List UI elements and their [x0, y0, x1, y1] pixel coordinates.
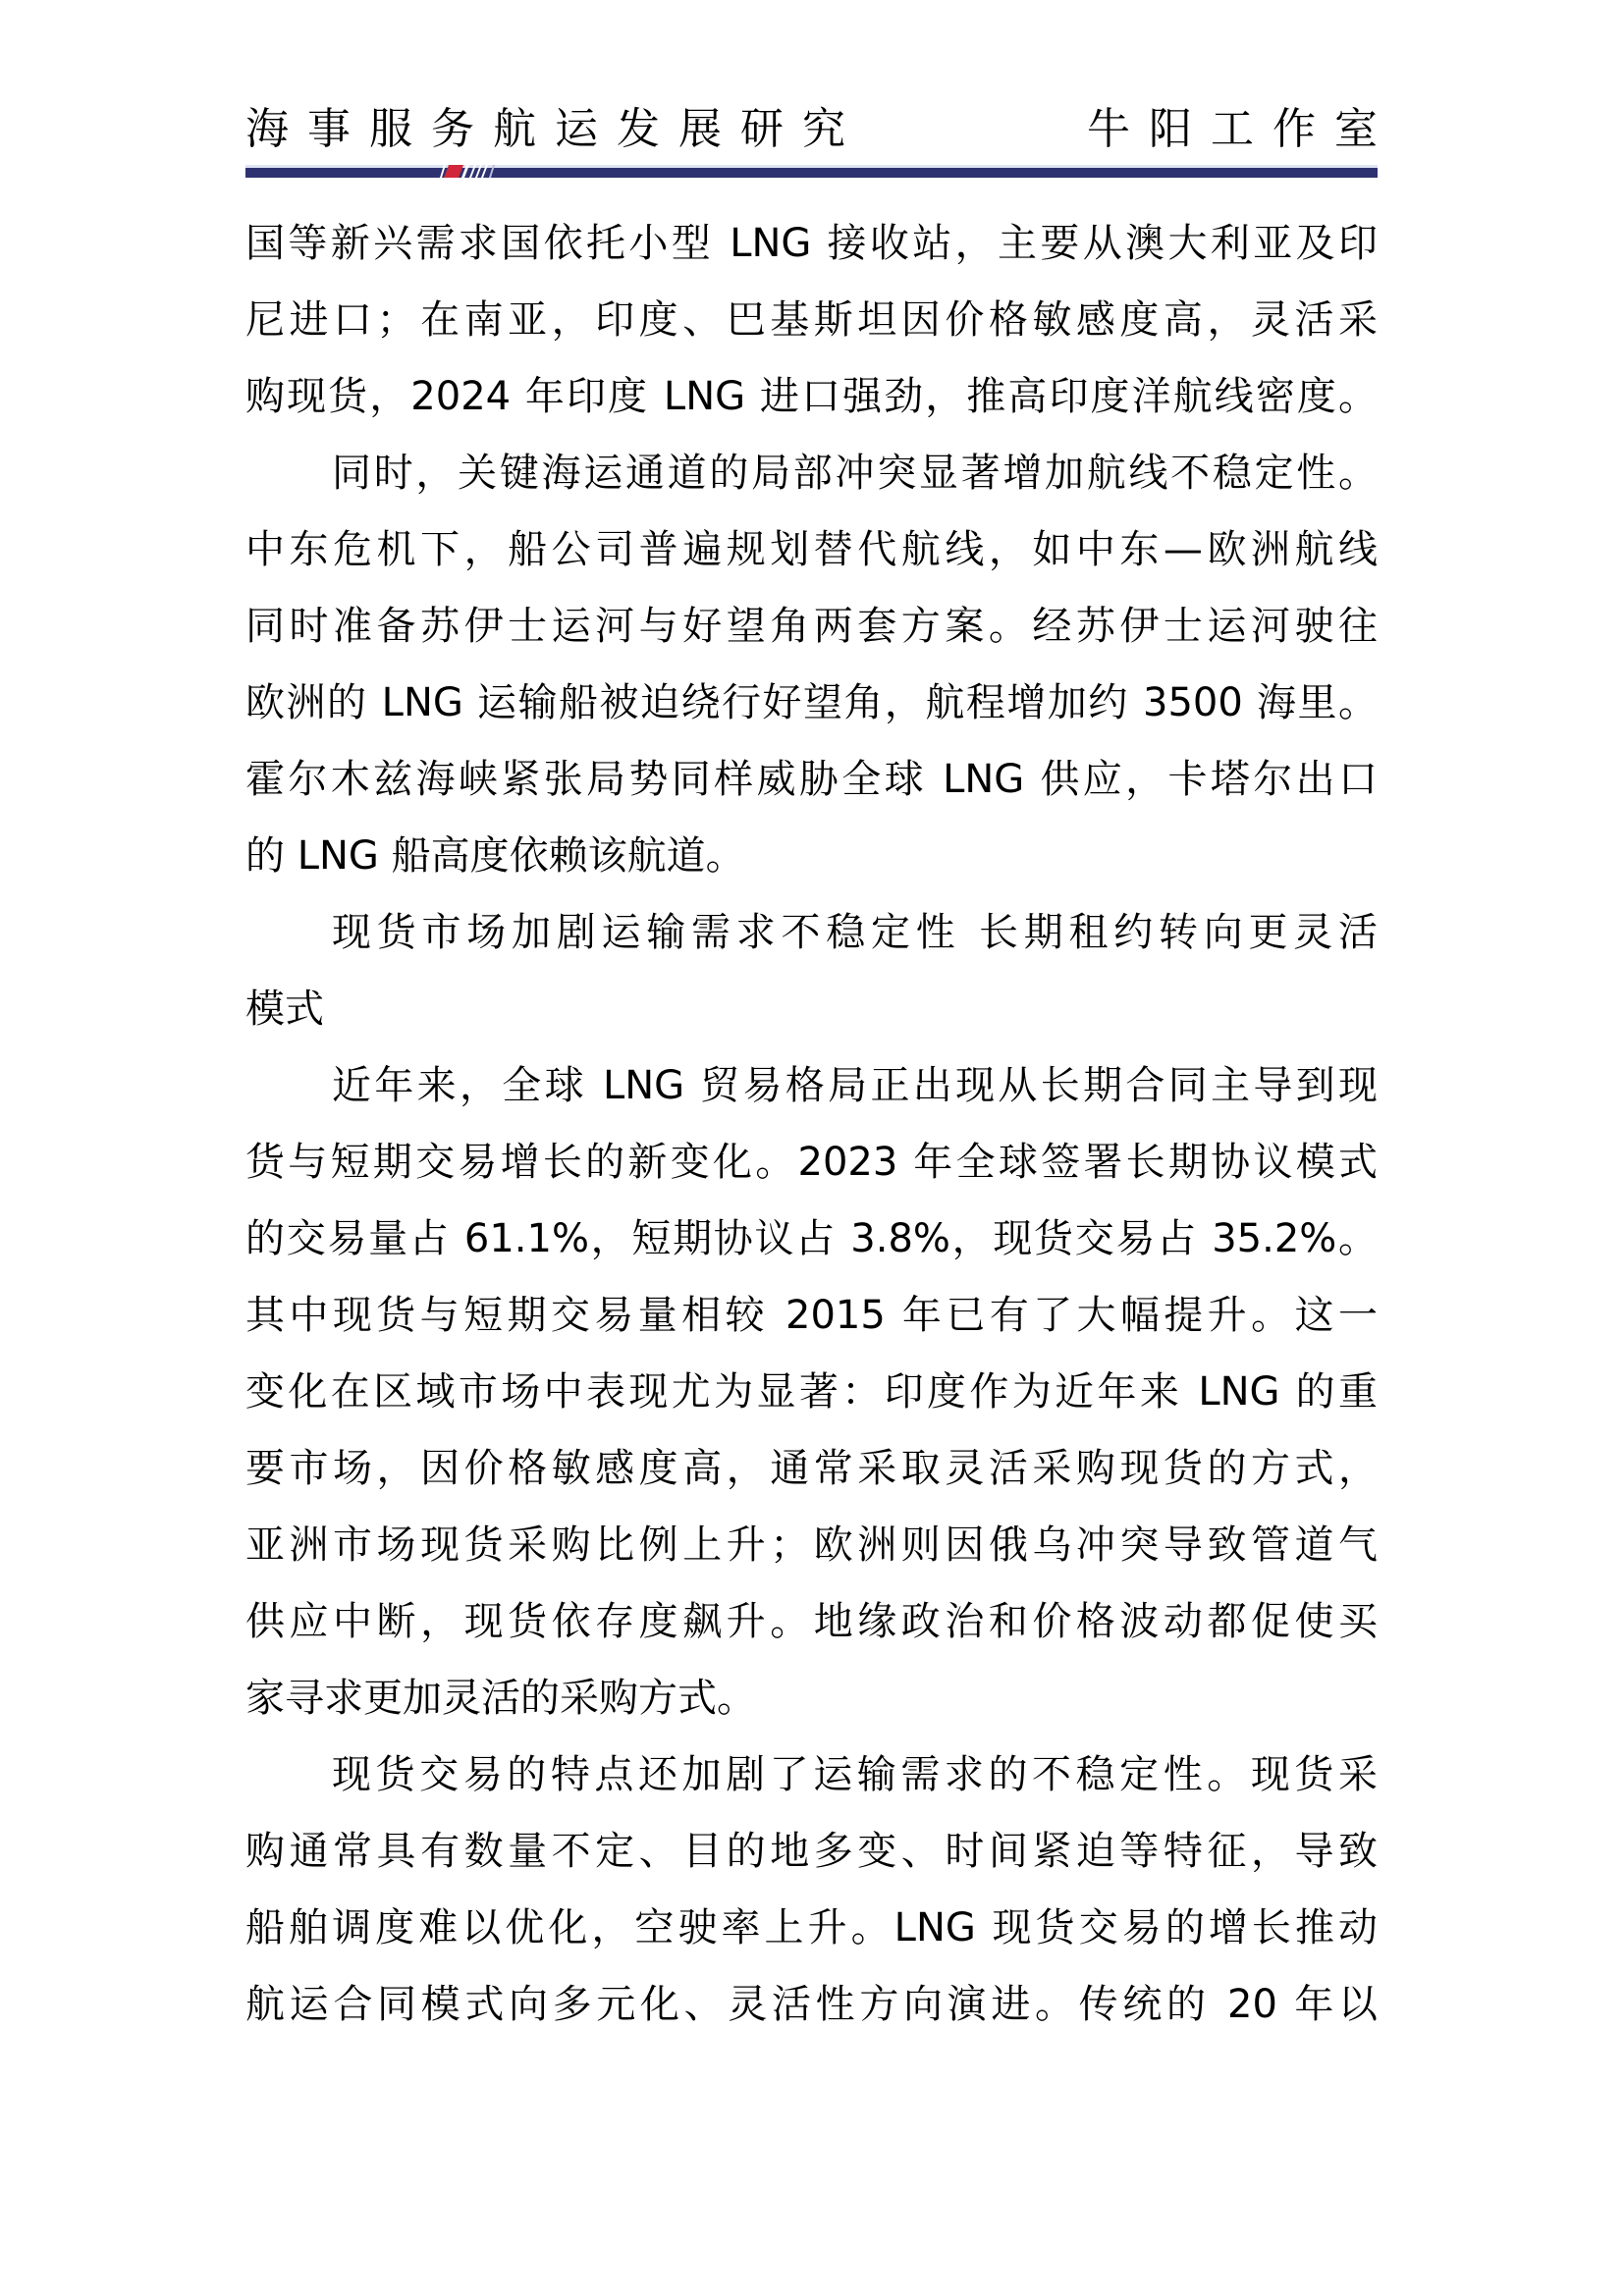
text-line: 尼进口；在南亚，印度、巴基斯坦因价格敏感度高，灵活采	[245, 291, 1378, 367]
studio-name: 牛阳工作室	[1087, 102, 1396, 157]
text-line: 中东危机下，船公司普遍规划替代航线，如中东—欧洲航线	[245, 520, 1378, 597]
text-line: 供应中断，现货依存度飙升。地缘政治和价格波动都促使买	[245, 1592, 1378, 1669]
text-line: 的 LNG 船高度依赖该航道。	[245, 827, 1378, 903]
text-line: 近年来，全球 LNG 贸易格局正出现从长期合同主导到现	[245, 1056, 1378, 1133]
text-line: 霍尔木兹海峡紧张局势同样威胁全球 LNG 供应，卡塔尔出口	[245, 750, 1378, 827]
text-line: 购现货，2024 年印度 LNG 进口强劲，推高印度洋航线密度。	[245, 367, 1378, 444]
paragraph-shipping-routes: 同时，关键海运通道的局部冲突显著增加航线不稳定性。 中东危机下，船公司普遍规划替…	[245, 444, 1378, 903]
text-line: 现货交易的特点还加剧了运输需求的不稳定性。现货采	[245, 1745, 1378, 1822]
text-line: 同时，关键海运通道的局部冲突显著增加航线不稳定性。	[245, 444, 1378, 520]
heading-line: 现货市场加剧运输需求不稳定性 长期租约转向更灵活	[245, 903, 1378, 980]
paragraph-continuation: 国等新兴需求国依托小型 LNG 接收站，主要从澳大利亚及印 尼进口；在南亚，印度…	[245, 214, 1378, 444]
text-line: 航运合同模式向多元化、灵活性方向演进。传统的 20 年以	[245, 1975, 1378, 2052]
header-rule-bar	[245, 168, 1378, 178]
publication-title: 海事服务航运发展研究	[245, 102, 864, 157]
text-line: 船舶调度难以优化，空驶率上升。LNG 现货交易的增长推动	[245, 1898, 1378, 1975]
text-line: 的交易量占 61.1%，短期协议占 3.8%，现货交易占 35.2%。	[245, 1209, 1378, 1286]
article-body: 国等新兴需求国依托小型 LNG 接收站，主要从澳大利亚及印 尼进口；在南亚，印度…	[245, 214, 1378, 2052]
text-line: 其中现货与短期交易量相较 2015 年已有了大幅提升。这一	[245, 1286, 1378, 1362]
text-line: 亚洲市场现货采购比例上升；欧洲则因俄乌冲突导致管道气	[245, 1516, 1378, 1592]
text-line: 家寻求更加灵活的采购方式。	[245, 1669, 1378, 1745]
header-rule	[245, 165, 1378, 178]
heading-line: 模式	[245, 980, 1378, 1056]
section-heading: 现货市场加剧运输需求不稳定性 长期租约转向更灵活 模式	[245, 903, 1378, 1056]
text-line: 同时准备苏伊士运河与好望角两套方案。经苏伊士运河驶往	[245, 597, 1378, 673]
text-line: 购通常具有数量不定、目的地多变、时间紧迫等特征，导致	[245, 1822, 1378, 1898]
paragraph-spot-trading-features: 现货交易的特点还加剧了运输需求的不稳定性。现货采 购通常具有数量不定、目的地多变…	[245, 1745, 1378, 2052]
page-header: 海事服务航运发展研究 牛阳工作室	[245, 98, 1378, 157]
header-rule-stripe-icon	[432, 165, 501, 178]
text-line: 国等新兴需求国依托小型 LNG 接收站，主要从澳大利亚及印	[245, 214, 1378, 291]
text-line: 变化在区域市场中表现尤为显著：印度作为近年来 LNG 的重	[245, 1362, 1378, 1439]
text-line: 要市场，因价格敏感度高，通常采取灵活采购现货的方式，	[245, 1439, 1378, 1516]
paragraph-spot-market: 近年来，全球 LNG 贸易格局正出现从长期合同主导到现 货与短期交易增长的新变化…	[245, 1056, 1378, 1745]
text-line: 欧洲的 LNG 运输船被迫绕行好望角，航程增加约 3500 海里。	[245, 673, 1378, 750]
text-line: 货与短期交易增长的新变化。2023 年全球签署长期协议模式	[245, 1133, 1378, 1209]
